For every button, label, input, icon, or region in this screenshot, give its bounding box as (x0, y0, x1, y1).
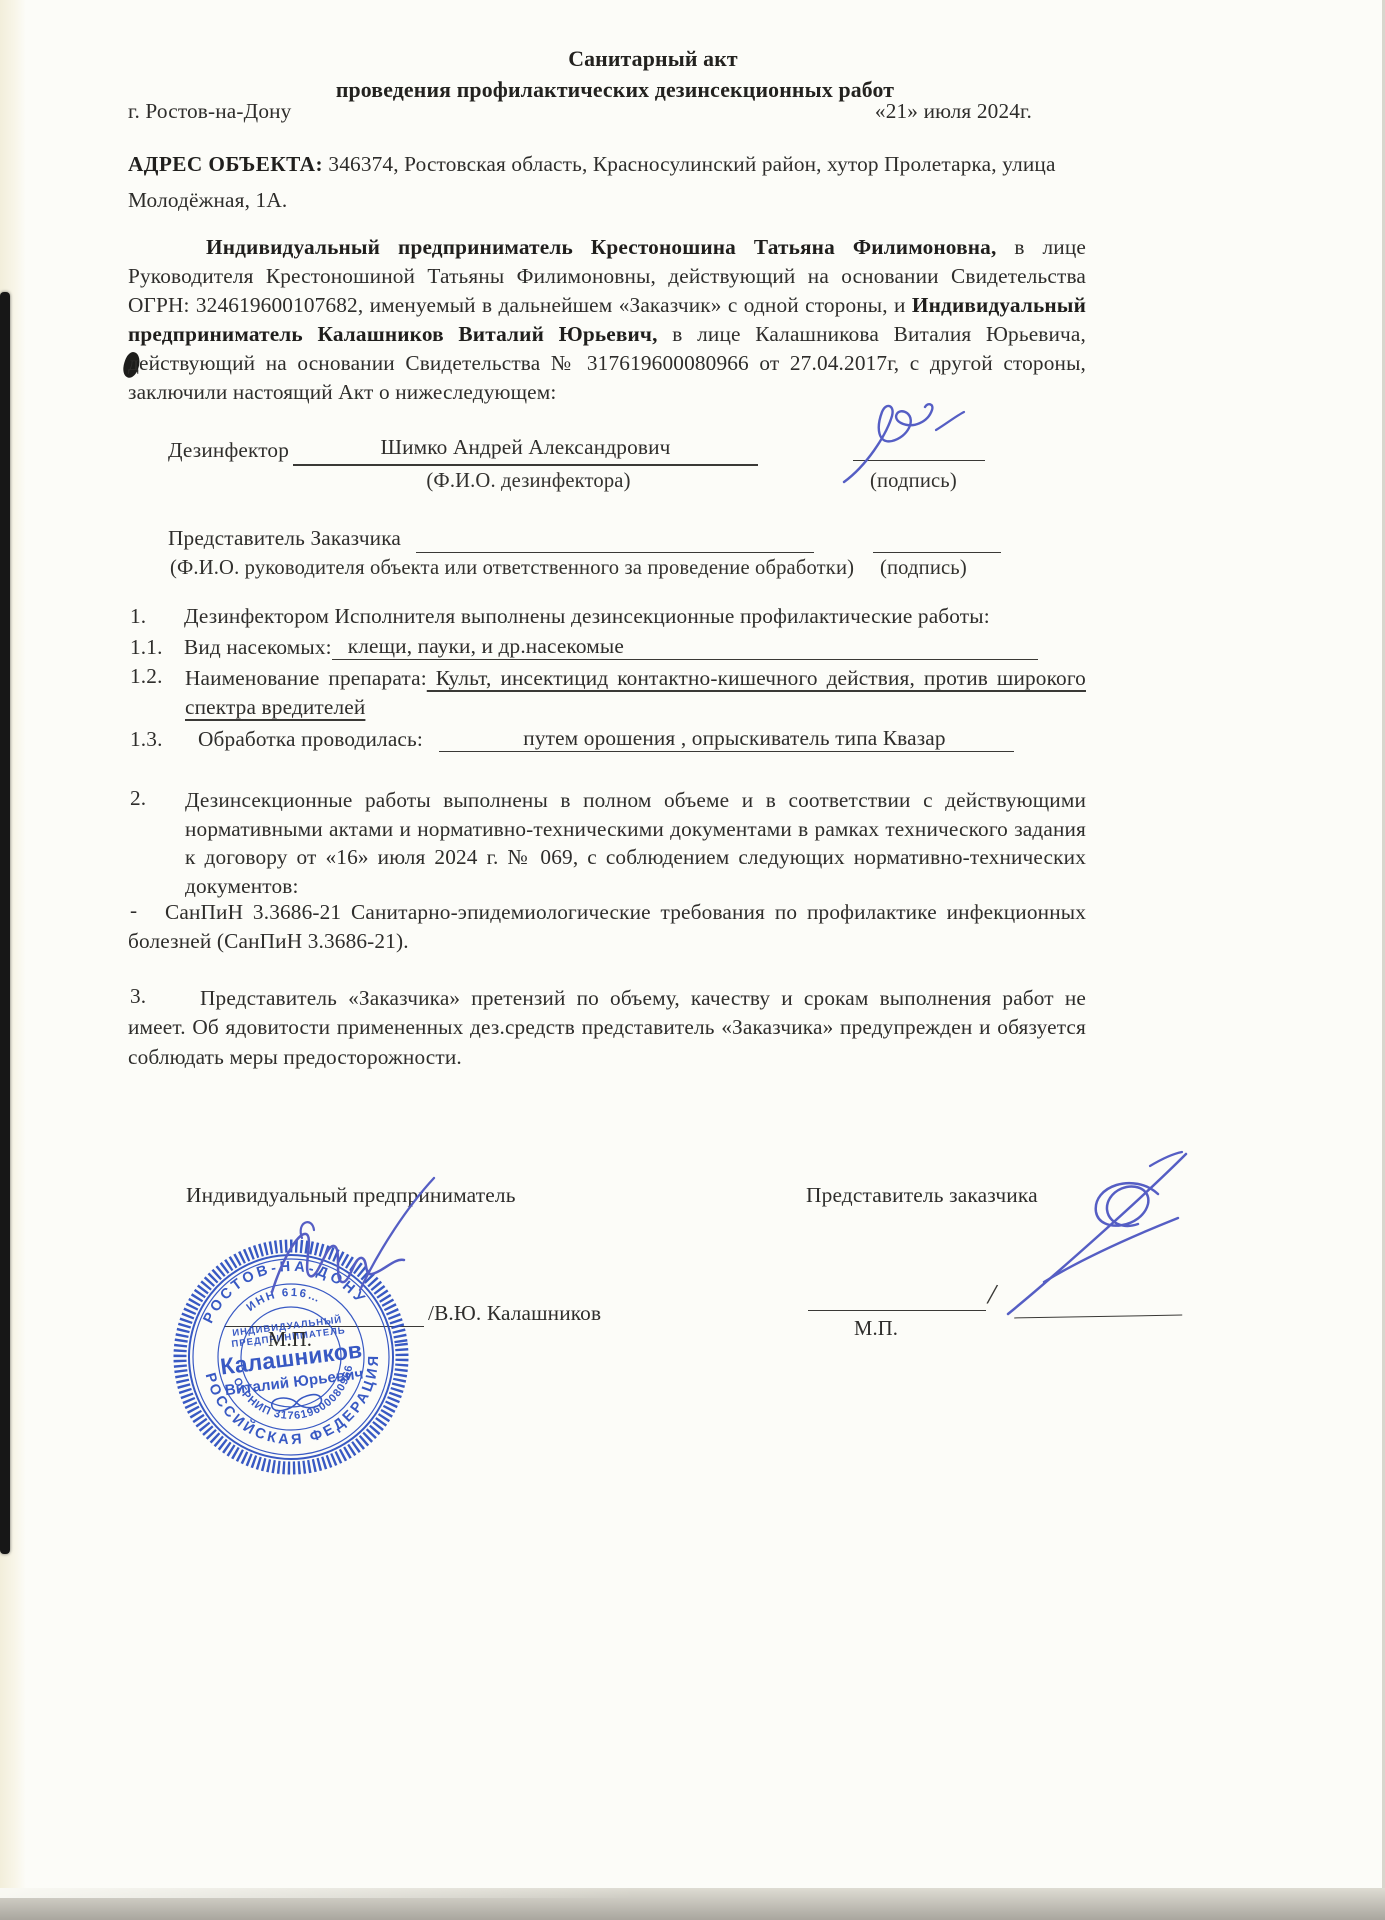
item-1-3-filled-line: путем орошения , опрыскиватель типа Кваз… (439, 726, 1014, 752)
right-slash: / (985, 1278, 999, 1313)
item-3-number: 3. (130, 984, 146, 1009)
left-seal-mark: М.П. (268, 1329, 312, 1352)
item-1-3-label: Обработка проводилась: (184, 727, 423, 752)
entrepreneur-name: /В.Ю. Калашников (428, 1301, 601, 1326)
item-1-1-filled-line: клещи, пауки, и др.насекомые (332, 634, 1038, 660)
address-label: АДРЕС ОБЪЕКТА: (128, 152, 323, 176)
item-2-text: Дезинсекционные работы выполнены в полно… (185, 786, 1086, 900)
item-2: 2. Дезинсекционные работы выполнены в по… (128, 786, 1086, 900)
document-header: Санитарный акт проведения профилактическ… (128, 44, 1086, 106)
customer-rep-signature-line (873, 526, 1001, 553)
item-1-3-value: путем орошения , опрыскиватель типа Кваз… (523, 726, 945, 750)
sanpin-dash: - (130, 898, 137, 923)
document-title: Санитарный акт (174, 44, 1132, 75)
scan-edge-artifact-bar (0, 292, 10, 1554)
customer-name-bold: Индивидуальный предприниматель Крестонош… (206, 235, 996, 259)
date-label: «21» июля 2024г. (875, 99, 1032, 124)
item-1-2-label: Наименование препарата: (185, 666, 427, 690)
scanned-document-page: Санитарный акт проведения профилактическ… (0, 0, 1385, 1920)
right-seal-mark: М.П. (854, 1318, 898, 1341)
entrepreneur-signature-ink (252, 1172, 442, 1337)
sanpin-item: - СанПиН 3.3686-21 Санитарно-эпидемиолог… (128, 898, 1086, 956)
item-3-text: Представитель «Заказчика» претензий по о… (128, 984, 1086, 1072)
disinfector-name-on-line: Шимко Андрей Александрович (293, 435, 758, 466)
customer-rep-row: Представитель Заказчика (Ф.И.О. руководи… (128, 520, 1086, 592)
item-1-3-number: 1.3. (128, 727, 184, 752)
scan-bottom-band (0, 1888, 1385, 1920)
disinfector-label: Дезинфектор (168, 438, 289, 463)
customer-rep-label: Представитель Заказчика (168, 526, 401, 551)
disinfector-row: Дезинфектор Шимко Андрей Александрович (… (128, 430, 1086, 510)
disinfector-sign-caption: (подпись) (870, 470, 957, 493)
item-1-1-number: 1.1. (128, 635, 184, 660)
item-1: 1. Дезинфектором Исполнителя выполнены д… (128, 604, 1086, 629)
sanpin-text: СанПиН 3.3686-21 Санитарно-эпидемиологич… (128, 898, 1086, 956)
customer-rep-sign-caption: (подпись) (880, 557, 967, 580)
customer-rep-name-line (416, 526, 814, 553)
right-left-line (808, 1284, 986, 1311)
object-address-paragraph: АДРЕС ОБЪЕКТА: 346374, Ростовская област… (128, 146, 1060, 218)
customer-rep-fio-caption: (Ф.И.О. руководителя объекта или ответст… (170, 557, 854, 580)
item-3: 3. Представитель «Заказчика» претензий п… (128, 984, 1086, 1072)
item-1-1-value: клещи, пауки, и др.насекомые (348, 634, 624, 658)
item-1-1: 1.1. Вид насекомых: клещи, пауки, и др.н… (128, 634, 1086, 660)
item-1-text: Дезинфектором Исполнителя выполнены дези… (184, 604, 990, 629)
item-1-2-number: 1.2. (130, 664, 163, 689)
customer-rep-signature-ink (1000, 1142, 1195, 1322)
city-label: г. Ростов-на-Дону (128, 99, 291, 124)
item-1-1-label: Вид насекомых: (184, 635, 332, 660)
item-1-3: 1.3. Обработка проводилась: путем орошен… (128, 726, 1086, 752)
item-2-number: 2. (130, 786, 146, 811)
city-date-row: г. Ростов-на-Дону «21» июля 2024г. (128, 99, 1086, 124)
item-1-number: 1. (128, 604, 184, 629)
item-1-2: 1.2. Наименование препарата: Культ, инсе… (128, 664, 1086, 721)
preamble-paragraph: Индивидуальный предприниматель Крестонош… (128, 233, 1086, 408)
disinfector-fio-caption: (Ф.И.О. дезинфектора) (296, 470, 761, 493)
item-1-2-paragraph: Наименование препарата: Культ, инсектици… (185, 664, 1086, 721)
